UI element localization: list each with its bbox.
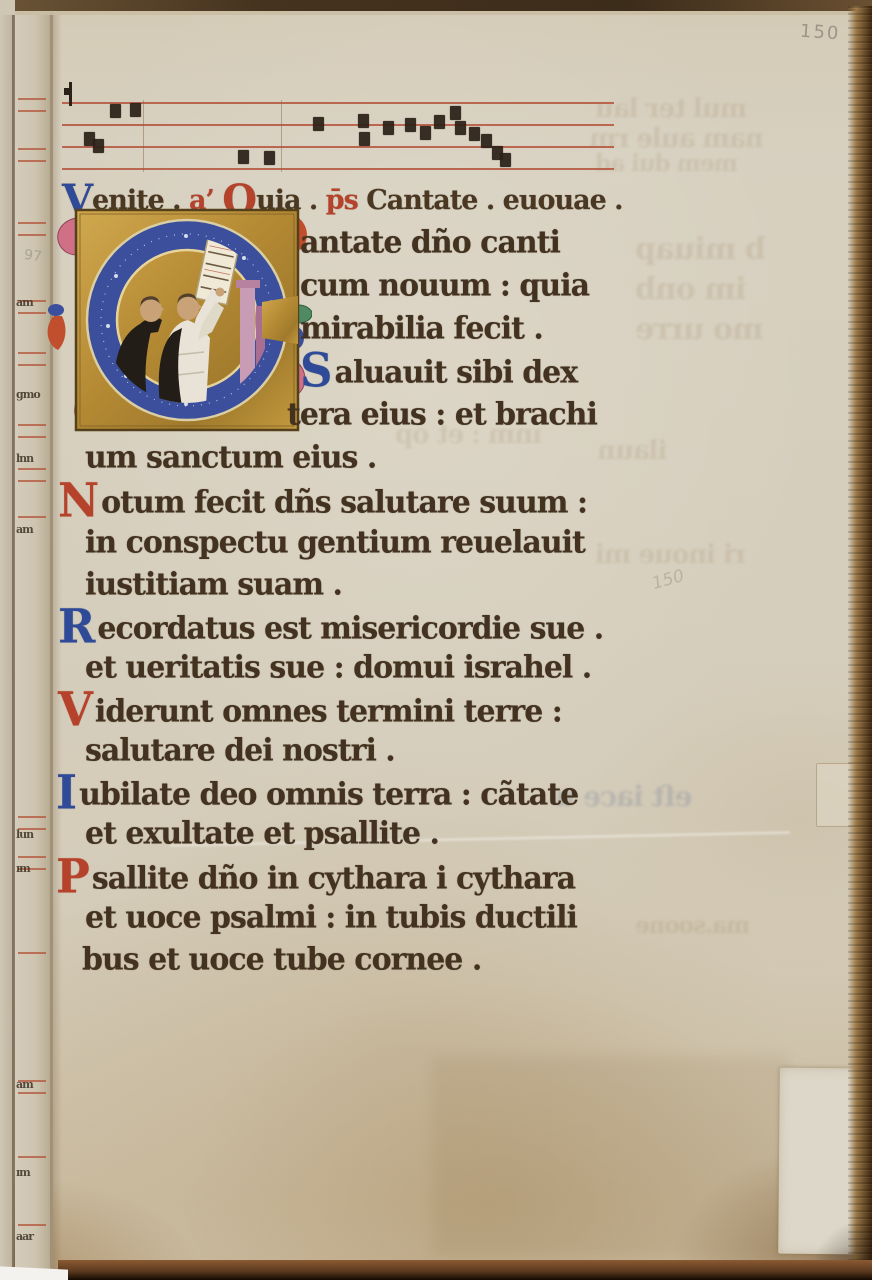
neume-note: [313, 117, 324, 131]
staffline-fragment: [18, 234, 46, 236]
ghost-text-line: im onb: [636, 272, 746, 307]
psalm-line: um sanctum eius .: [85, 439, 376, 475]
neume-note: [93, 139, 104, 153]
staffline-fragment: [18, 816, 46, 818]
psalm-line: Viderunt omnes termini terre :: [58, 690, 562, 730]
psalm-line-text: et exultate et psallite .: [85, 815, 439, 851]
text-fragment: ım: [16, 1166, 50, 1179]
versal-initial: V: [58, 694, 93, 725]
text-fragment: am: [16, 296, 50, 309]
psalm-line-text: ecordatus est misericordie sue .: [97, 610, 603, 646]
psalm-line: Recordatus est misericordie sue .: [58, 607, 603, 647]
psalm-line-text: tera eius : et brachi: [287, 396, 597, 432]
text-fragment: gmo: [16, 388, 50, 401]
text-fragment: am: [16, 1078, 50, 1091]
neume-note: [359, 132, 370, 146]
staffline-fragment: [18, 98, 46, 100]
text-fragment: lun: [16, 828, 50, 841]
versal-initial: S: [300, 355, 333, 386]
pencil-mark-right: 150: [650, 566, 687, 594]
historiated-initial-c: [46, 206, 312, 436]
psalm-line-text: iderunt omnes termini terre :: [95, 693, 562, 729]
psalm-line: Saluauit sibi dex: [300, 351, 577, 391]
ghost-text-line: ma.soone: [636, 912, 750, 939]
bottom-board-edge: [58, 1260, 872, 1280]
text-fragment: aar: [16, 1230, 50, 1243]
staffline-fragment: [18, 352, 46, 354]
neume-note: [469, 127, 480, 141]
right-page-edges: [848, 6, 872, 1280]
psalm-line-text: cum nouum : quia: [300, 267, 589, 303]
neume-note: [383, 121, 394, 135]
psalm-line: antate dño canti: [300, 224, 560, 260]
neume-note: [238, 150, 249, 164]
rubric-segment: Cantate . euouae .: [358, 185, 623, 216]
staffline-fragment: [18, 1092, 46, 1094]
top-book-edge: [0, 0, 872, 11]
staff-line: [62, 168, 614, 170]
neume-note: [358, 114, 369, 128]
versal-initial: N: [58, 485, 99, 516]
staffline-fragment: [18, 436, 46, 438]
staffline-fragment: [18, 424, 46, 426]
psalm-line: mirabilia fecit .: [300, 310, 543, 346]
psalm-line: bus et uoce tube cornee .: [82, 941, 481, 977]
psalm-line-text: et ueritatis sue : domui israhel .: [85, 649, 591, 685]
neume-note: [434, 115, 445, 129]
psalm-line: et ueritatis sue : domui israhel .: [85, 649, 591, 685]
ghost-text-line: mem dui ad: [596, 150, 738, 177]
psalm-line-text: iustitiam suam .: [85, 566, 342, 602]
letter-c-aperture: [262, 296, 298, 344]
psalm-line: in conspectu gentium reuelauit: [85, 524, 585, 560]
top-left-parchment: [0, 0, 15, 15]
ghost-text-line: mul ter lau: [596, 94, 747, 124]
staffline-fragment: [18, 312, 46, 314]
staffline-fragment: [18, 480, 46, 482]
staff-line: [62, 146, 614, 148]
page-edge-streaks: [848, 6, 872, 1280]
psalm-line-text: et uoce psalmi : in tubis ductili: [85, 899, 577, 935]
psalm-line-text: sallite dño in cythara i cythara: [92, 860, 575, 896]
psalm-line: Psallite dño in cythara i cythara: [56, 857, 575, 897]
psalm-line-text: aluauit sibi dex: [335, 354, 578, 390]
staffline-fragment: [18, 952, 46, 954]
neume-note: [264, 151, 275, 165]
staffline-fragment: [18, 1224, 46, 1226]
psalm-line-text: ubilate deo omnis terra : cãtate: [79, 776, 578, 812]
psalm-line: tera eius : et brachi: [287, 396, 597, 432]
psalm-line-text: otum fecit dñs salutare suum :: [101, 484, 587, 520]
psalm-line: et uoce psalmi : in tubis ductili: [85, 899, 577, 935]
verso-patch-show-through: [432, 1056, 788, 1256]
staffline-fragment: [18, 160, 46, 162]
top-edge-highlight: [0, 11, 872, 15]
rubric-segment: p̄s: [326, 185, 358, 216]
versal-initial: P: [56, 861, 90, 892]
staff-divider: [281, 100, 282, 172]
psalm-line-text: mirabilia fecit .: [300, 310, 543, 346]
text-fragment: ım: [16, 862, 50, 875]
ghost-text-line: mo urre: [636, 312, 764, 347]
neume-note: [450, 106, 461, 120]
staff-line: [62, 124, 614, 126]
staff-divider: [143, 100, 144, 172]
staffline-fragment: [18, 1156, 46, 1158]
staff-line: [62, 102, 614, 104]
psalm-line: Iubilate deo omnis terra : cãtate: [56, 773, 578, 813]
staffline-fragment: [18, 364, 46, 366]
text-fragment: am: [16, 523, 50, 536]
neume-note: [455, 121, 466, 135]
psalm-line-text: salutare dei nostri .: [85, 732, 395, 768]
psalm-line-text: bus et uoce tube cornee .: [82, 941, 481, 977]
psalm-line: salutare dei nostri .: [85, 732, 395, 768]
psalm-line-text: um sanctum eius .: [85, 439, 376, 475]
ghost-text-line: b miuap: [636, 232, 766, 267]
text-fragment: lnn: [16, 452, 50, 465]
folio-number: 150: [799, 21, 841, 45]
psalm-line: Notum fecit dñs salutare suum :: [58, 481, 587, 521]
versal-initial: I: [56, 777, 77, 808]
manuscript-page-photo: mul ter launam aule rmmem dui adb miuapi…: [0, 0, 872, 1280]
staffline-fragment: [18, 468, 46, 470]
staffline-fragment: [18, 516, 46, 518]
neume-note: [481, 134, 492, 148]
neume-note: [130, 103, 141, 117]
versal-initial: R: [58, 611, 95, 642]
staffline-fragment: [18, 148, 46, 150]
psalm-line-text: antate dño canti: [300, 224, 560, 260]
psalm-line: et exultate et psallite .: [85, 815, 439, 851]
clef-mark: [69, 82, 72, 106]
neume-note: [420, 126, 431, 140]
ghost-text-line: ilaun: [598, 436, 667, 466]
psalm-line: iustitiam suam .: [85, 566, 342, 602]
ghost-text-line: ri inoue mi: [596, 540, 746, 570]
neume-note: [110, 104, 121, 118]
neume-note: [405, 118, 416, 132]
neume-note: [500, 153, 511, 167]
pencil-mark-left: 97: [23, 247, 43, 265]
staffline-fragment: [18, 222, 46, 224]
staffline-fragment: [18, 110, 46, 112]
staffline-fragment: [18, 856, 46, 858]
psalm-line: cum nouum : quia: [300, 267, 589, 303]
psalm-line-text: in conspectu gentium reuelauit: [85, 524, 585, 560]
